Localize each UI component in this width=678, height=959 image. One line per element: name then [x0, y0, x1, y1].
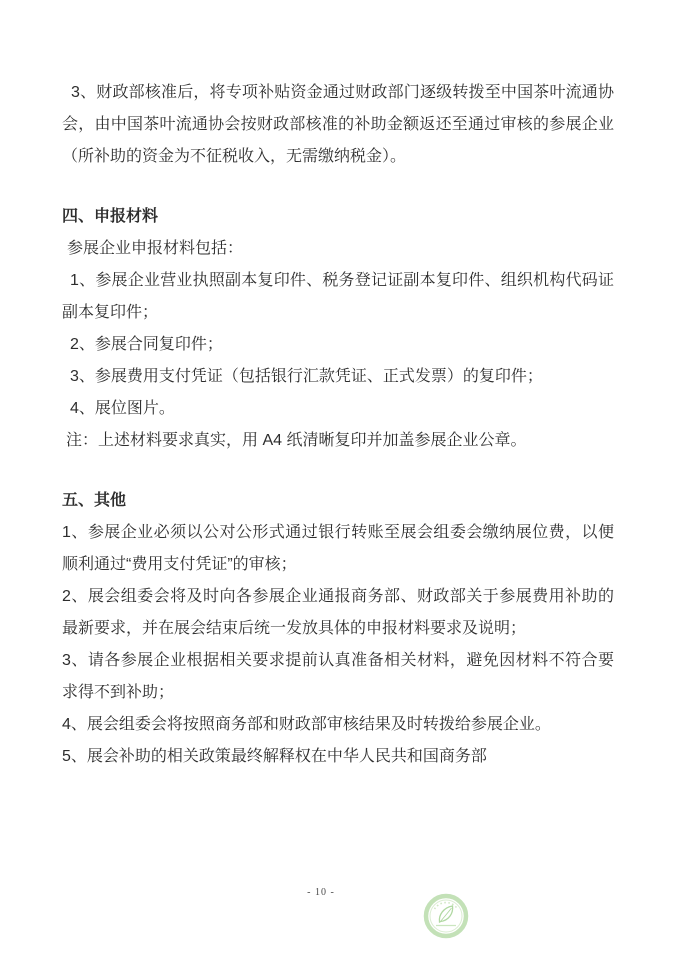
section-4-heading: 四、申报材料 [62, 201, 614, 233]
section-5-item-3: 3、请各参展企业根据相关要求提前认真准备相关材料，避免因材料不符合要求得不到补助… [62, 645, 614, 709]
section-4-note: 注：上述材料要求真实，用 A4 纸清晰复印并加盖参展企业公章。 [62, 425, 614, 457]
section-5-item-1: 1、参展企业必须以公对公形式通过银行转账至展会组委会缴纳展位费，以便顺利通过“费… [62, 517, 614, 581]
section-4-item-4: 4、展位图片。 [62, 393, 614, 425]
green-leaf-seal-icon [422, 891, 470, 943]
section-4-item-3: 3、参展费用支付凭证（包括银行汇款凭证、正式发票）的复印件； [62, 361, 614, 393]
section-4-intro: 参展企业申报材料包括： [62, 233, 614, 265]
document-body: 3、财政部核准后，将专项补贴资金通过财政部门逐级转拨至中国茶叶流通协会，由中国茶… [62, 77, 614, 773]
document-page: 3、财政部核准后，将专项补贴资金通过财政部门逐级转拨至中国茶叶流通协会，由中国茶… [0, 0, 678, 959]
section-5-heading: 五、其他 [62, 485, 614, 517]
section-4-item-2: 2、参展合同复印件； [62, 329, 614, 361]
page-number: - 10 - [0, 887, 642, 899]
section-5-item-5: 5、展会补助的相关政策最终解释权在中华人民共和国商务部 [62, 741, 614, 773]
section-5-item-2: 2、展会组委会将及时向各参展企业通报商务部、财政部关于参展费用补助的最新要求，并… [62, 581, 614, 645]
paragraph-subsidy-transfer: 3、财政部核准后，将专项补贴资金通过财政部门逐级转拨至中国茶叶流通协会，由中国茶… [62, 77, 614, 173]
section-5-item-4: 4、展会组委会将按照商务部和财政部审核结果及时转拨给参展企业。 [62, 709, 614, 741]
section-4-item-1: 1、参展企业营业执照副本复印件、税务登记证副本复印件、组织机构代码证副本复印件； [62, 265, 614, 329]
